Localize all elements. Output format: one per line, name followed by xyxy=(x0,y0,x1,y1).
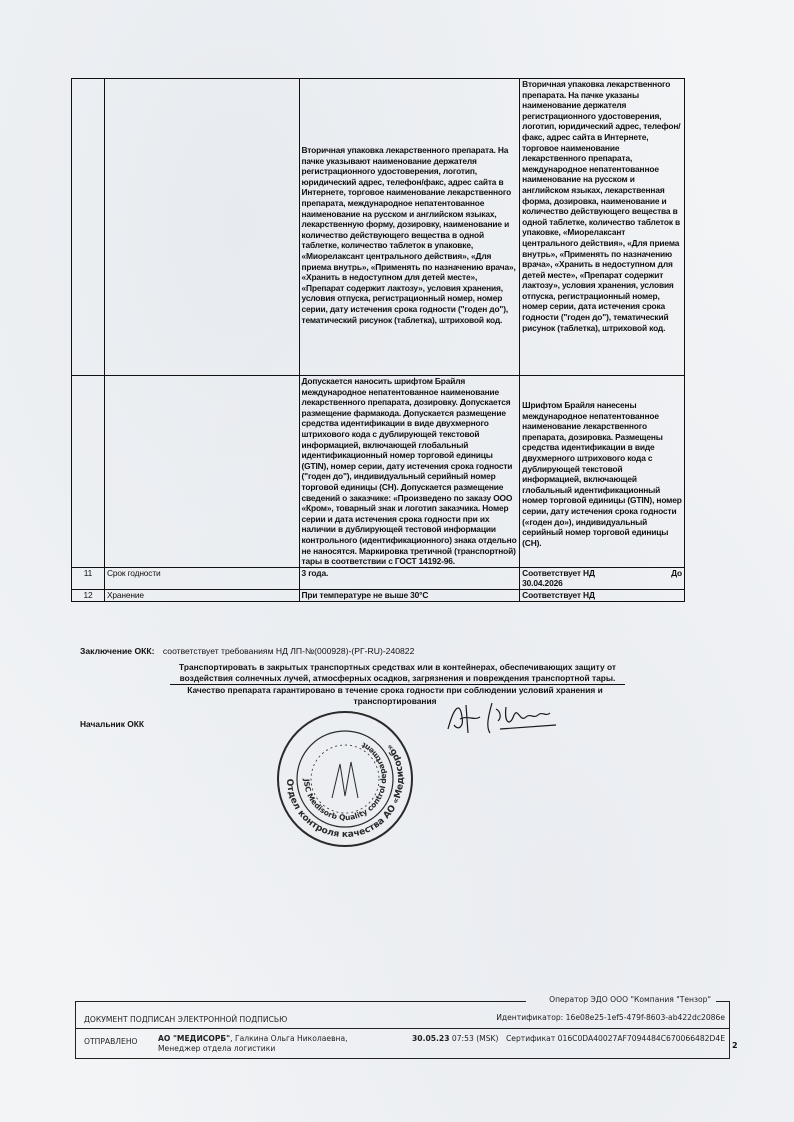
row-requirement: При температуре не выше 30°C xyxy=(299,589,520,601)
sent-date: 30.05.23 xyxy=(412,1034,449,1043)
edo-operator: Оператор ЭДО ООО "Компания "Тензор" xyxy=(549,995,711,1004)
table-row: Вторичная упаковка лекарственного препар… xyxy=(72,79,685,376)
row-name: Хранение xyxy=(104,589,299,601)
electronic-signature-block: Оператор ЭДО ООО "Компания "Тензор" ДОКУ… xyxy=(75,1001,730,1059)
row-result: Соответствует НД До 30.04.2026 xyxy=(520,567,685,589)
conclusion-label: Заключение ОКК: xyxy=(80,646,155,656)
result-until: До xyxy=(671,568,682,579)
sent-time: 07:53 (MSK) xyxy=(449,1034,498,1043)
table-row: 11 Срок годности 3 года. Соответствует Н… xyxy=(72,567,685,589)
row-result: Шрифтом Брайля нанесены международное не… xyxy=(520,376,685,568)
row-name xyxy=(104,79,299,376)
table-row: 12 Хранение При температуре не выше 30°C… xyxy=(72,589,685,601)
row-number xyxy=(72,376,105,568)
row-name xyxy=(104,376,299,568)
divider xyxy=(76,1028,729,1029)
row-number xyxy=(72,79,105,376)
divider xyxy=(716,1001,729,1002)
row-number: 12 xyxy=(72,589,105,601)
table-row: Допускается наносить шрифтом Брайля межд… xyxy=(72,376,685,568)
row-requirement: Вторичная упаковка лекарственного препар… xyxy=(299,79,520,376)
divider xyxy=(76,1001,526,1002)
row-requirement: Допускается наносить шрифтом Брайля межд… xyxy=(299,376,520,568)
handwritten-signature xyxy=(440,697,560,737)
transport-note: Транспортировать в закрытых транспортных… xyxy=(170,662,625,685)
row-requirement: 3 года. xyxy=(299,567,520,589)
svg-text:JSC Medisorb Quality control d: JSC Medisorb Quality control department xyxy=(302,740,388,822)
result-status: Соответствует НД xyxy=(522,568,595,579)
conclusion: Заключение ОКК: соответствует требования… xyxy=(80,646,414,656)
sender-info: АО "МЕДИСОРБ", Галкина Ольга Николаевна,… xyxy=(158,1034,368,1054)
specification-table: Вторичная упаковка лекарственного препар… xyxy=(71,78,685,602)
signed-label: ДОКУМЕНТ ПОДПИСАН ЭЛЕКТРОННОЙ ПОДПИСЬЮ xyxy=(84,1015,287,1024)
sent-label: ОТПРАВЛЕНО xyxy=(84,1037,138,1046)
document-identifier: Идентификатор: 16e08e25-1ef5-479f-8603-a… xyxy=(496,1013,725,1022)
row-result: Вторичная упаковка лекарственного препар… xyxy=(520,79,685,376)
sender-org: АО "МЕДИСОРБ" xyxy=(158,1034,230,1043)
result-date: 30.04.2026 xyxy=(522,578,682,589)
row-number: 11 xyxy=(72,567,105,589)
conclusion-value: соответствует требованиям НД ЛП-№(000928… xyxy=(163,646,414,656)
round-stamp: Отдел контроля качества АО «Медисорб» JS… xyxy=(274,708,416,850)
row-result: Соответствует НД xyxy=(520,589,685,601)
sent-datetime: 30.05.23 07:53 (MSK) xyxy=(412,1034,498,1043)
head-okk-label: Начальник ОКК xyxy=(80,719,144,729)
page-number: 2 xyxy=(732,1041,738,1050)
row-name: Срок годности xyxy=(104,567,299,589)
certificate: Сертификат 016C0DA40027AF7094484C6700664… xyxy=(506,1034,725,1043)
